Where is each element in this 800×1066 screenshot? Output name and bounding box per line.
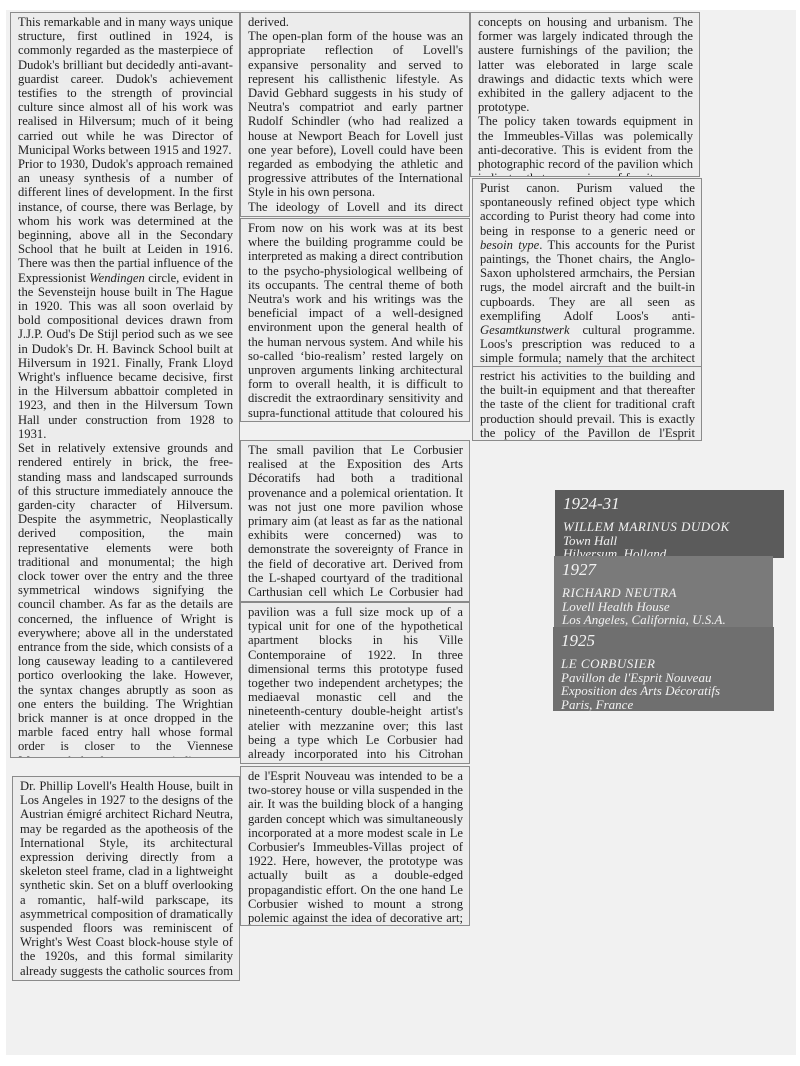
caption-year: 1925 [561, 631, 766, 651]
caption-line: Los Angeles, California, U.S.A. [562, 613, 765, 627]
paragraph: The open-plan form of the house was an a… [248, 29, 463, 199]
paragraph: Prior to 1930, Dudok's approach remained… [18, 157, 233, 441]
paragraph: Set in relatively extensive grounds and … [18, 441, 233, 758]
text-clipping-lovell: derived. The open-plan form of the house… [240, 12, 470, 217]
paragraph: restrict his activities to the building … [480, 369, 695, 441]
paragraph: derived. [248, 15, 463, 29]
paragraph: This remarkable and in many ways unique … [18, 15, 233, 157]
caption-architect: RICHARD NEUTRA [562, 586, 765, 600]
caption-line: Town Hall [563, 534, 776, 548]
text-clipping-dudok: This remarkable and in many ways unique … [10, 12, 240, 758]
paragraph: Dr. Phillip Lovell's Health House, built… [20, 779, 233, 981]
text-clipping-pavilion-mockup: pavilion was a full size mock up of a ty… [240, 602, 470, 764]
text-clipping-loos: restrict his activities to the building … [472, 366, 702, 441]
text-clipping-esprit-nouveau: de l'Esprit Nouveau was intended to be a… [240, 766, 470, 926]
text-clipping-pavilion-intro: The small pavilion that Le Corbusier rea… [240, 440, 470, 602]
paragraph: Purist canon. Purism valued the spontane… [480, 181, 695, 368]
caption-le-corbusier: 1925 LE CORBUSIER Pavillon de l'Esprit N… [553, 627, 774, 711]
paragraph: pavilion was a full size mock up of a ty… [248, 605, 463, 764]
paragraph: The policy taken towards equipment in th… [478, 114, 693, 177]
paragraph: The small pavilion that Le Corbusier rea… [248, 443, 463, 602]
paragraph: From now on his work was at its best whe… [248, 221, 463, 422]
caption-year: 1927 [562, 560, 765, 580]
caption-line: Paris, France [561, 698, 766, 712]
paragraph: de l'Esprit Nouveau was intended to be a… [248, 769, 463, 926]
text-clipping-neutra-work: From now on his work was at its best whe… [240, 218, 470, 422]
caption-neutra: 1927 RICHARD NEUTRA Lovell Health House … [554, 556, 773, 628]
text-clipping-neutra-intro: Dr. Phillip Lovell's Health House, built… [12, 776, 240, 981]
text-clipping-housing-concepts: concepts on housing and urbanism. The fo… [470, 12, 700, 177]
text-clipping-purist-canon: Purist canon. Purism valued the spontane… [472, 178, 702, 368]
caption-architect: WILLEM MARINUS DUDOK [563, 520, 776, 534]
caption-line: Pavillon de l'Esprit Nouveau [561, 671, 766, 685]
caption-line: Exposition des Arts Décoratifs [561, 684, 766, 698]
paragraph: The ideology of Lovell and its direct ex… [248, 200, 463, 217]
caption-line: Lovell Health House [562, 600, 765, 614]
paragraph: concepts on housing and urbanism. The fo… [478, 15, 693, 114]
caption-architect: LE CORBUSIER [561, 657, 766, 671]
caption-dudok: 1924-31 WILLEM MARINUS DUDOK Town Hall H… [555, 490, 784, 558]
caption-year: 1924-31 [563, 494, 776, 514]
